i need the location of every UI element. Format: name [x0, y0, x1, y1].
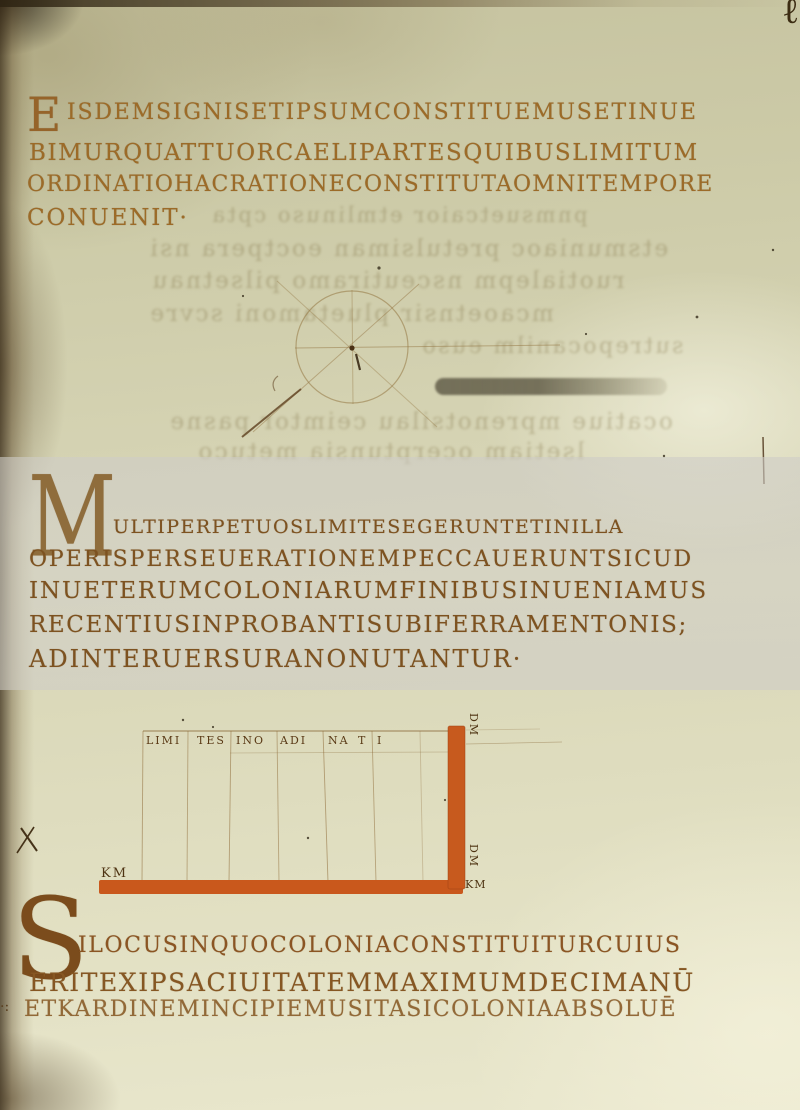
diagram-caption-cell: INO	[236, 735, 265, 746]
text-line: RECENTIUSINPROBANTISUBIFERRAMENTONIS;	[29, 614, 688, 637]
manuscript-page: pnmsuetcaior etmlinuso cpta etsmuniaoc p…	[0, 0, 800, 1110]
text-line: BIMURQUATTUORCAELIPARTESQUIBUSLIMITUM	[29, 142, 699, 165]
diagram-caption-cell: T	[358, 735, 367, 746]
text-line: ERITEXIPSACIUITATEMMAXIMUMDECIMANŪ	[29, 970, 695, 995]
ghost-line: pnmsuetcaior etmlinuso cpta	[210, 205, 587, 226]
ghost-line: ruotialepm nsceutiramo pilsetnau	[150, 270, 624, 293]
margin-dots-mark: ·:	[0, 1000, 9, 1014]
diagram-label-decumanus-maximus-top: DM	[468, 713, 479, 737]
text-line: ISDEMSIGNISETIPSUMCONSTITUEMUSETINUE	[67, 102, 698, 124]
ghost-line: etsmuniaoc pretulsiman eoctpera nsi	[148, 238, 668, 261]
diagram-caption-cell: I	[377, 735, 383, 746]
page-top-edge-shadow	[0, 0, 800, 7]
text-line: ULTIPERPETUOSLIMITESEGERUNTETINILLA	[113, 518, 624, 537]
text-line: ORDINATIOHACRATIONECONSTITUTAOMNITEMPORE	[27, 174, 713, 196]
initial-capital-E: E	[27, 92, 61, 139]
text-line: CONUENIT·	[27, 207, 189, 230]
ink-smudge	[435, 378, 667, 395]
ghost-line: ocatiue mprenotsilau ceimtor pasne	[168, 411, 673, 434]
diagram-label-kardo-maximus-left: KM	[101, 867, 128, 880]
ghost-line: mcaoetnsir pluetamoni scvre	[148, 303, 554, 326]
diagram-caption-cell: ADI	[280, 735, 307, 746]
ghost-line: sutrepocanilm euso	[420, 336, 683, 358]
text-line: ETKARDINEMINCIPIEMUSITASICOLONIAABSOLUĒ	[24, 999, 677, 1021]
text-line: ADINTERUERSURANONUTANTUR·	[29, 647, 522, 671]
text-line: OPERISPERSEUERATIONEMPECCAUERUNTSICUD	[29, 549, 693, 571]
text-line: ILOCUSINQUOCOLONIACONSTITUITURCUIUS	[78, 935, 682, 957]
diagram-caption-cell: TES	[197, 735, 226, 746]
diagram-caption-cell: LIMI	[146, 735, 181, 746]
folio-mark: ℓ	[782, 0, 799, 30]
diagram-label-decumanus-maximus-bottom: DM	[468, 844, 479, 868]
diagram-label-kardo-maximus-right: KM	[465, 879, 486, 890]
text-line: INUETERUMCOLONIARUMFINIBUSINUENIAMUS	[29, 580, 708, 603]
diagram-caption-cell: NA	[328, 735, 350, 746]
